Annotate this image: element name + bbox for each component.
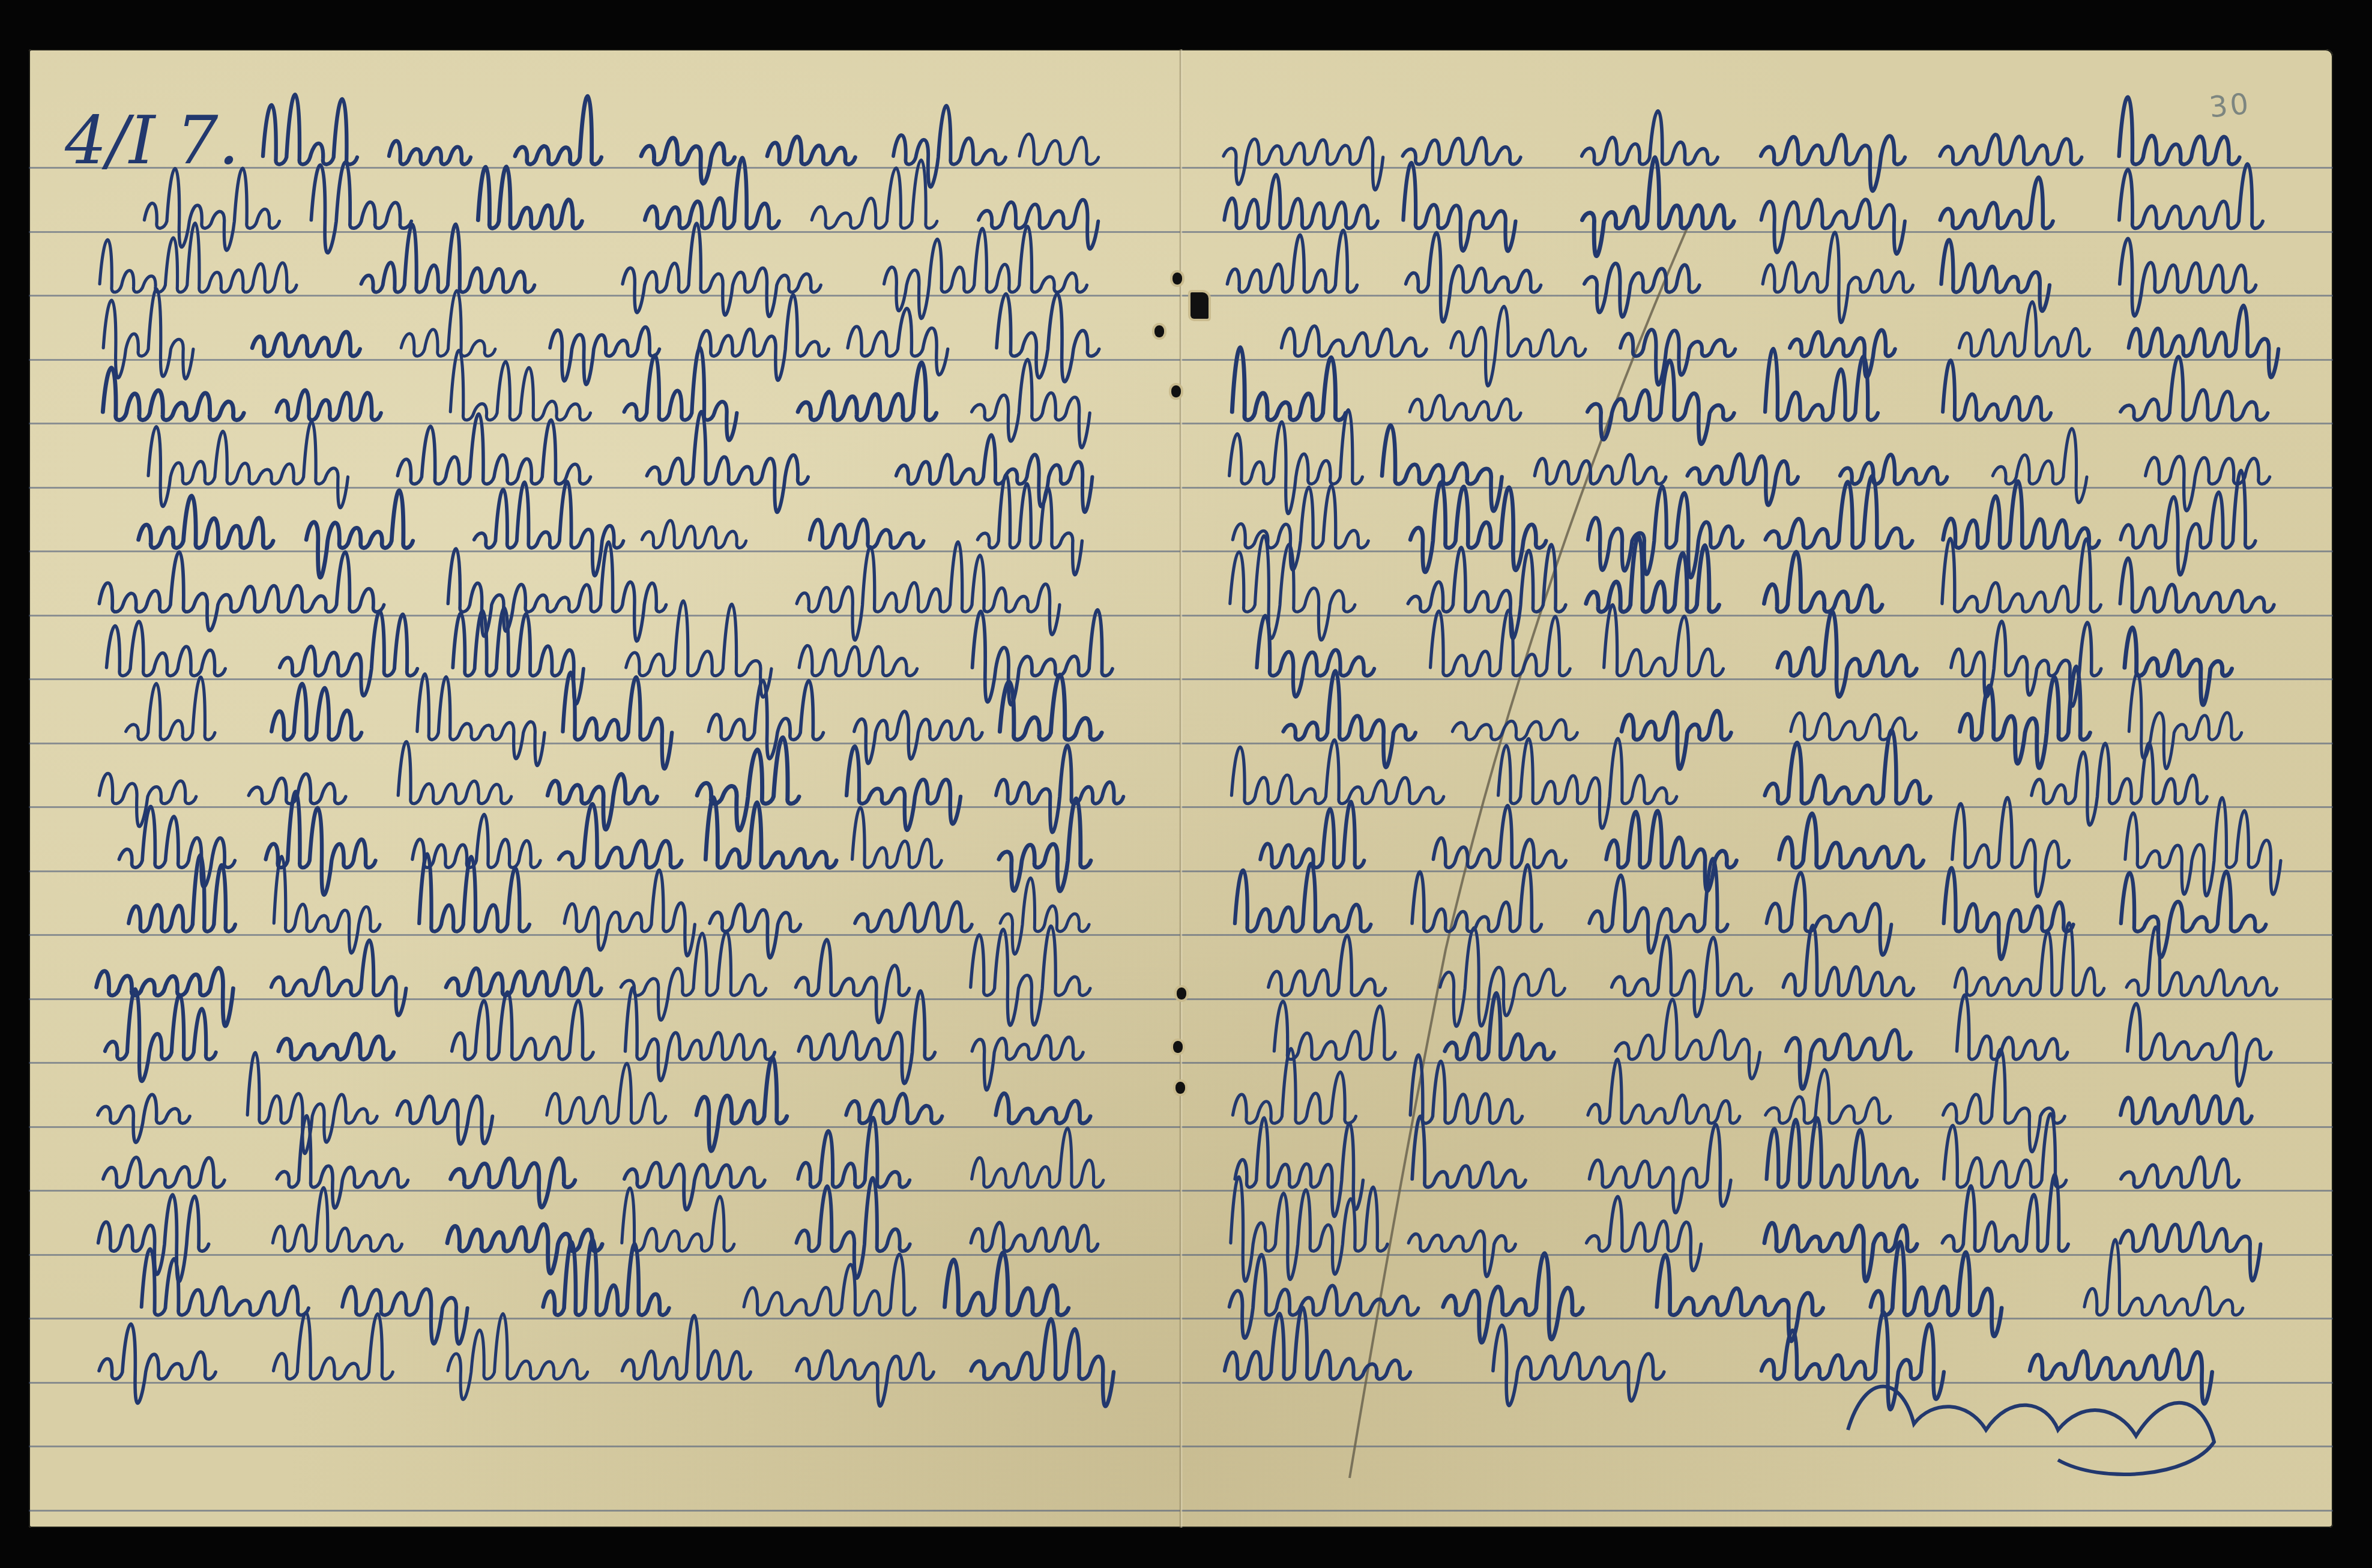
ruled-line (1181, 1126, 2333, 1128)
ruled-line (29, 806, 1180, 808)
ruled-line (29, 615, 1180, 617)
staple-hole (1154, 325, 1164, 337)
ruled-line (1181, 615, 2333, 617)
ruled-line (29, 998, 1180, 1000)
ruled-line (1181, 1062, 2333, 1064)
staple-hole (1191, 292, 1209, 319)
staple-hole (1171, 385, 1181, 397)
ruled-line (1181, 1190, 2333, 1192)
ruled-line (1181, 743, 2333, 744)
ruled-line (29, 1062, 1180, 1064)
staple-hole (1175, 1082, 1185, 1094)
ruled-line (1181, 1382, 2333, 1384)
ruled-line (29, 743, 1180, 744)
ruled-line (29, 1190, 1180, 1192)
ruled-line (1181, 167, 2333, 169)
ruled-line (29, 934, 1180, 936)
ruled-line (29, 167, 1180, 169)
ruled-line (1181, 487, 2333, 489)
ruled-line (29, 1446, 1180, 1447)
ruled-line (1181, 1510, 2333, 1512)
ruled-line (29, 1318, 1180, 1319)
ruled-line (1181, 678, 2333, 680)
ruled-line (29, 359, 1180, 361)
ruled-line (1181, 1254, 2333, 1256)
ruled-line (29, 1254, 1180, 1256)
ruled-line (29, 678, 1180, 680)
staple-hole (1173, 1041, 1183, 1053)
ruled-line (1181, 870, 2333, 872)
staple-hole (1177, 988, 1186, 1000)
document-sheet: 4/I 7. (29, 49, 2333, 1528)
right-page (1181, 49, 2333, 1528)
center-fold (1179, 49, 1183, 1528)
ruled-line (29, 1510, 1180, 1512)
ruled-line (1181, 934, 2333, 936)
ruled-line (1181, 998, 2333, 1000)
ruled-line (1181, 806, 2333, 808)
ruled-line (29, 870, 1180, 872)
ruled-line (29, 231, 1180, 233)
ruled-line (1181, 359, 2333, 361)
ruled-line (29, 487, 1180, 489)
ruled-line (1181, 231, 2333, 233)
ruled-line (29, 295, 1180, 297)
ruled-line (1181, 423, 2333, 424)
ruled-line (1181, 295, 2333, 297)
ruled-line (29, 423, 1180, 424)
ruled-line (1181, 1318, 2333, 1319)
ruled-line (1181, 550, 2333, 552)
ruled-line (29, 1382, 1180, 1384)
page-number: 30 (2208, 87, 2253, 125)
ruled-line (29, 550, 1180, 552)
ruled-line (29, 1126, 1180, 1128)
left-page (29, 49, 1180, 1528)
staple-hole (1172, 273, 1182, 285)
ruled-line (1181, 1446, 2333, 1447)
